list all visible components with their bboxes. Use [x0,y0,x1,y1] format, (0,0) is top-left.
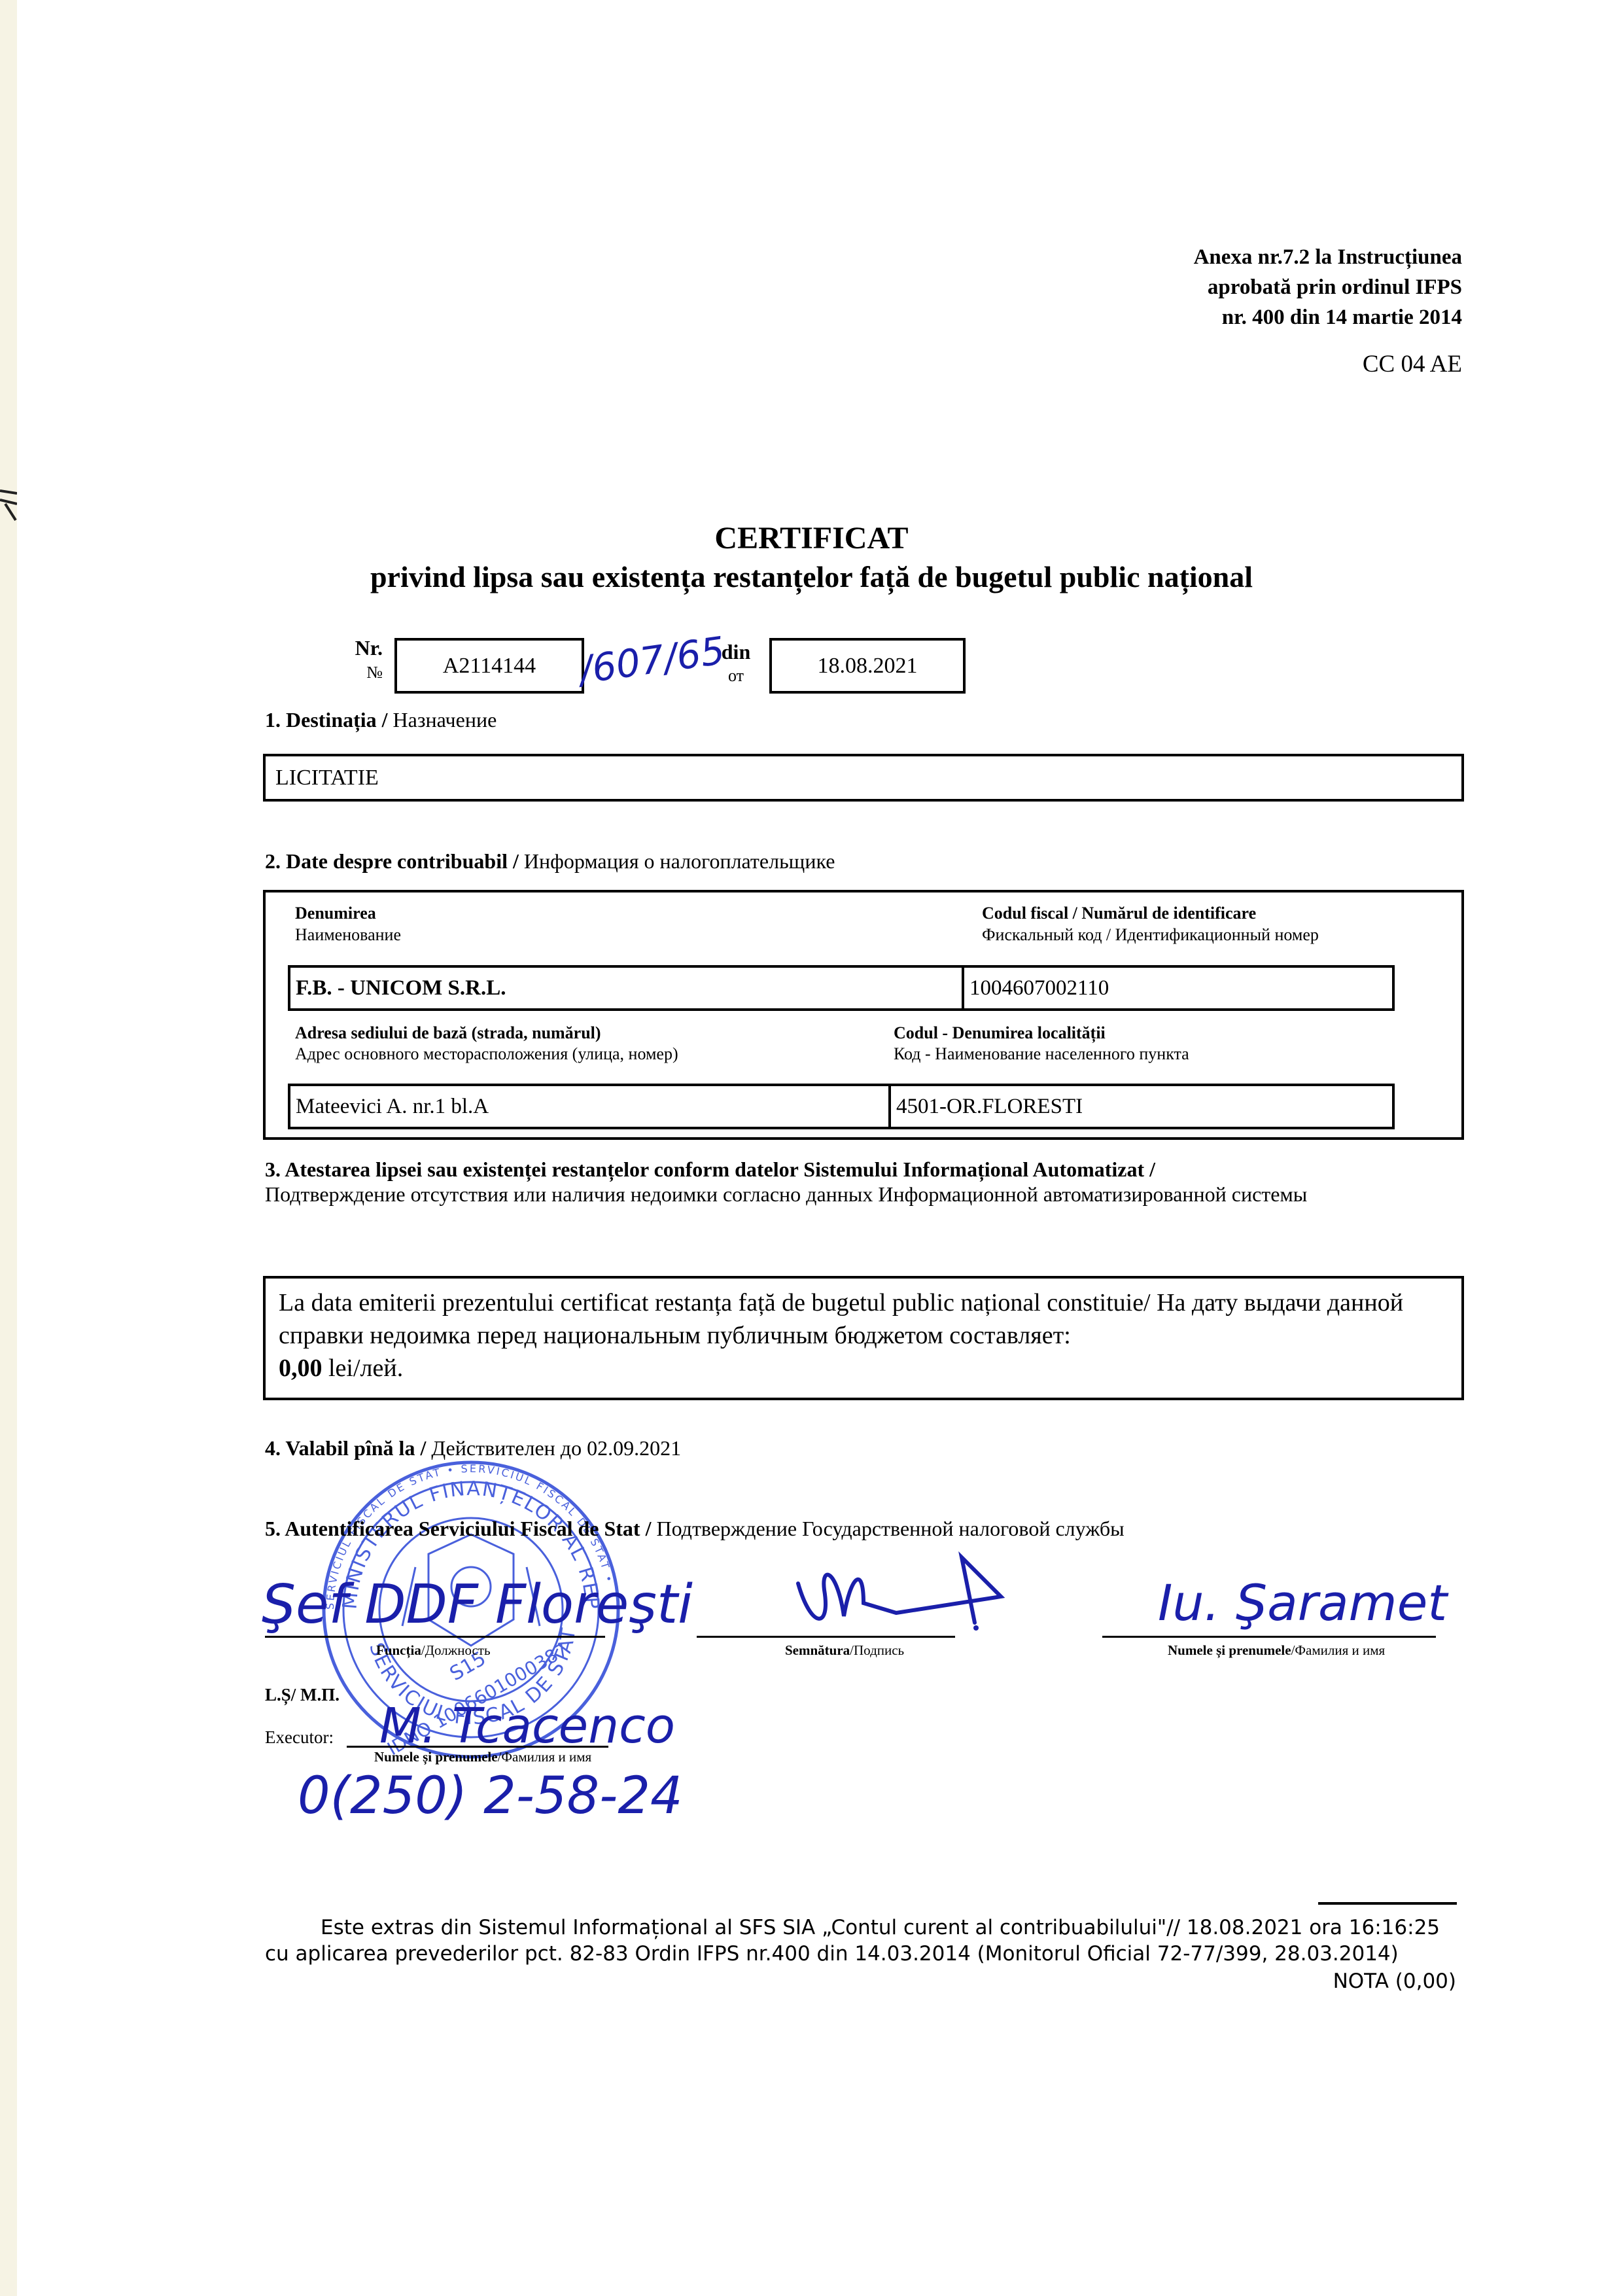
document-subtitle: privind lipsa sau existența restanțelor … [0,559,1623,594]
taxpayer-info-panel: Denumirea Наименование Codul fiscal / Nu… [263,890,1464,1140]
name-caption: Numele și prenumele/Фамилия и имя [1168,1642,1385,1659]
address-locality-row: Mateevici A. nr.1 bl.A 4501-OR.FLORESTI [288,1084,1395,1129]
executor-label: Executor: [265,1727,334,1748]
footer-legal-line: cu aplicarea prevederilor pct. 82-83 Ord… [0,1942,1623,1966]
name-caption-ro: Numele și prenumele [1168,1642,1291,1658]
destination-field: LICITATIE [263,754,1464,802]
section-3-title-ru: Подтверждение отсутствия или наличия нед… [265,1182,1462,1207]
address-field: Mateevici A. nr.1 bl.A [288,1084,891,1129]
executor-caption: Numele și prenumele/Фамилия и имя [374,1749,591,1765]
locality-field: 4501-OR.FLORESTI [888,1084,1395,1129]
scan-mark-icon [0,484,17,523]
section-2-heading: 2. Date despre contribuabil / Информация… [265,849,835,874]
section-5-heading: 5. Autentificarea Serviciului Fiscal de … [265,1517,1125,1541]
name-label: Denumirea [295,904,376,923]
arrears-statement-box: La data emiterii prezentului certificat … [263,1276,1464,1400]
date-label-ru: от [716,666,756,686]
section-5-title-ru: Подтверждение Государственной налоговой … [651,1517,1124,1540]
signature-caption: Semnătura/Подпись [785,1642,904,1659]
function-caption-ro: Funcția [376,1642,421,1658]
locality-label-ru: Код - Наименование населенного пункта [894,1044,1189,1064]
handwritten-name: Iu. Şaramet [1158,1574,1447,1632]
section-3-heading: 3. Atestarea lipsei sau existenței resta… [265,1157,1462,1207]
arrears-statement: La data emiterii prezentului certificat … [279,1289,1403,1349]
seal-place-label: L.Ș/ М.П. [265,1685,340,1705]
document-title: CERTIFICAT [0,520,1623,556]
annex-line: Anexa nr.7.2 la Instrucțiunea [1194,242,1462,272]
form-code: CC 04 AE [1363,350,1462,378]
issue-date-field: 18.08.2021 [769,638,966,694]
section-1-title-ro: 1. Destinația / [265,708,388,732]
function-caption: Funcția/Должность [376,1642,491,1659]
executor-caption-ro: Numele și prenumele [374,1749,498,1765]
name-label-ru: Наименование [295,925,401,945]
company-name-field: F.B. - UNICOM S.R.L. [288,965,964,1011]
name-fiscal-row: F.B. - UNICOM S.R.L. 1004607002110 [288,965,1395,1011]
fiscal-code-label: Codul fiscal / Numărul de identificare [982,904,1256,923]
arrears-currency: lei/лей. [323,1354,404,1382]
name-caption-ru: /Фамилия и имя [1291,1642,1386,1658]
locality-label: Codul - Denumirea localității [894,1023,1106,1043]
footer-extract-line: Este extras din Sistemul Informațional a… [0,1916,1623,1939]
name-line [1102,1636,1436,1638]
section-2-title-ro: 2. Date despre contribuabil / [265,849,519,873]
section-3-title-ro: 3. Atestarea lipsei sau existenței resta… [265,1157,1462,1182]
fiscal-code-field: 1004607002110 [962,965,1395,1011]
section-1-heading: 1. Destinația / Назначение [265,708,497,732]
certificate-number-field: A2114144 [394,638,584,694]
handwritten-registration: /607/65 [576,628,727,692]
signature-icon [785,1551,1060,1642]
annex-line: aprobată prin ordinul IFPS [1194,272,1462,302]
number-label-ru: № [343,663,383,682]
footer-divider [1318,1902,1457,1905]
annex-line: nr. 400 din 14 martie 2014 [1194,302,1462,332]
executor-caption-ru: /Фамилия и имя [498,1749,592,1765]
signature-caption-ru: /Подпись [850,1642,904,1658]
date-label: din [716,640,756,664]
handwritten-phone: 0(250) 2-58-24 [298,1767,683,1826]
arrears-amount: 0,00 [279,1354,323,1382]
section-1-title-ru: Назначение [388,708,497,732]
fiscal-code-label-ru: Фискальный код / Идентификационный номер [982,925,1319,945]
number-label: Nr. [343,637,383,659]
address-label: Adresa sediului de bază (strada, numărul… [295,1023,601,1043]
address-label-ru: Адрес основного месторасположения (улица… [295,1044,678,1064]
handwritten-function: Şef DDF Floreşti [262,1574,693,1636]
footer-nota: NOTA (0,00) [0,1969,1623,1993]
function-caption-ru: /Должность [421,1642,491,1658]
handwritten-executor: M. Tcacenco [379,1698,675,1754]
section-2-title-ru: Информация о налогоплательщике [519,849,835,873]
section-5-title-ro: 5. Autentificarea Serviciului Fiscal de … [265,1517,651,1540]
annex-reference: Anexa nr.7.2 la Instrucțiunea aprobată p… [1194,242,1462,332]
function-line [265,1636,605,1638]
signature-caption-ro: Semnătura [785,1642,850,1658]
